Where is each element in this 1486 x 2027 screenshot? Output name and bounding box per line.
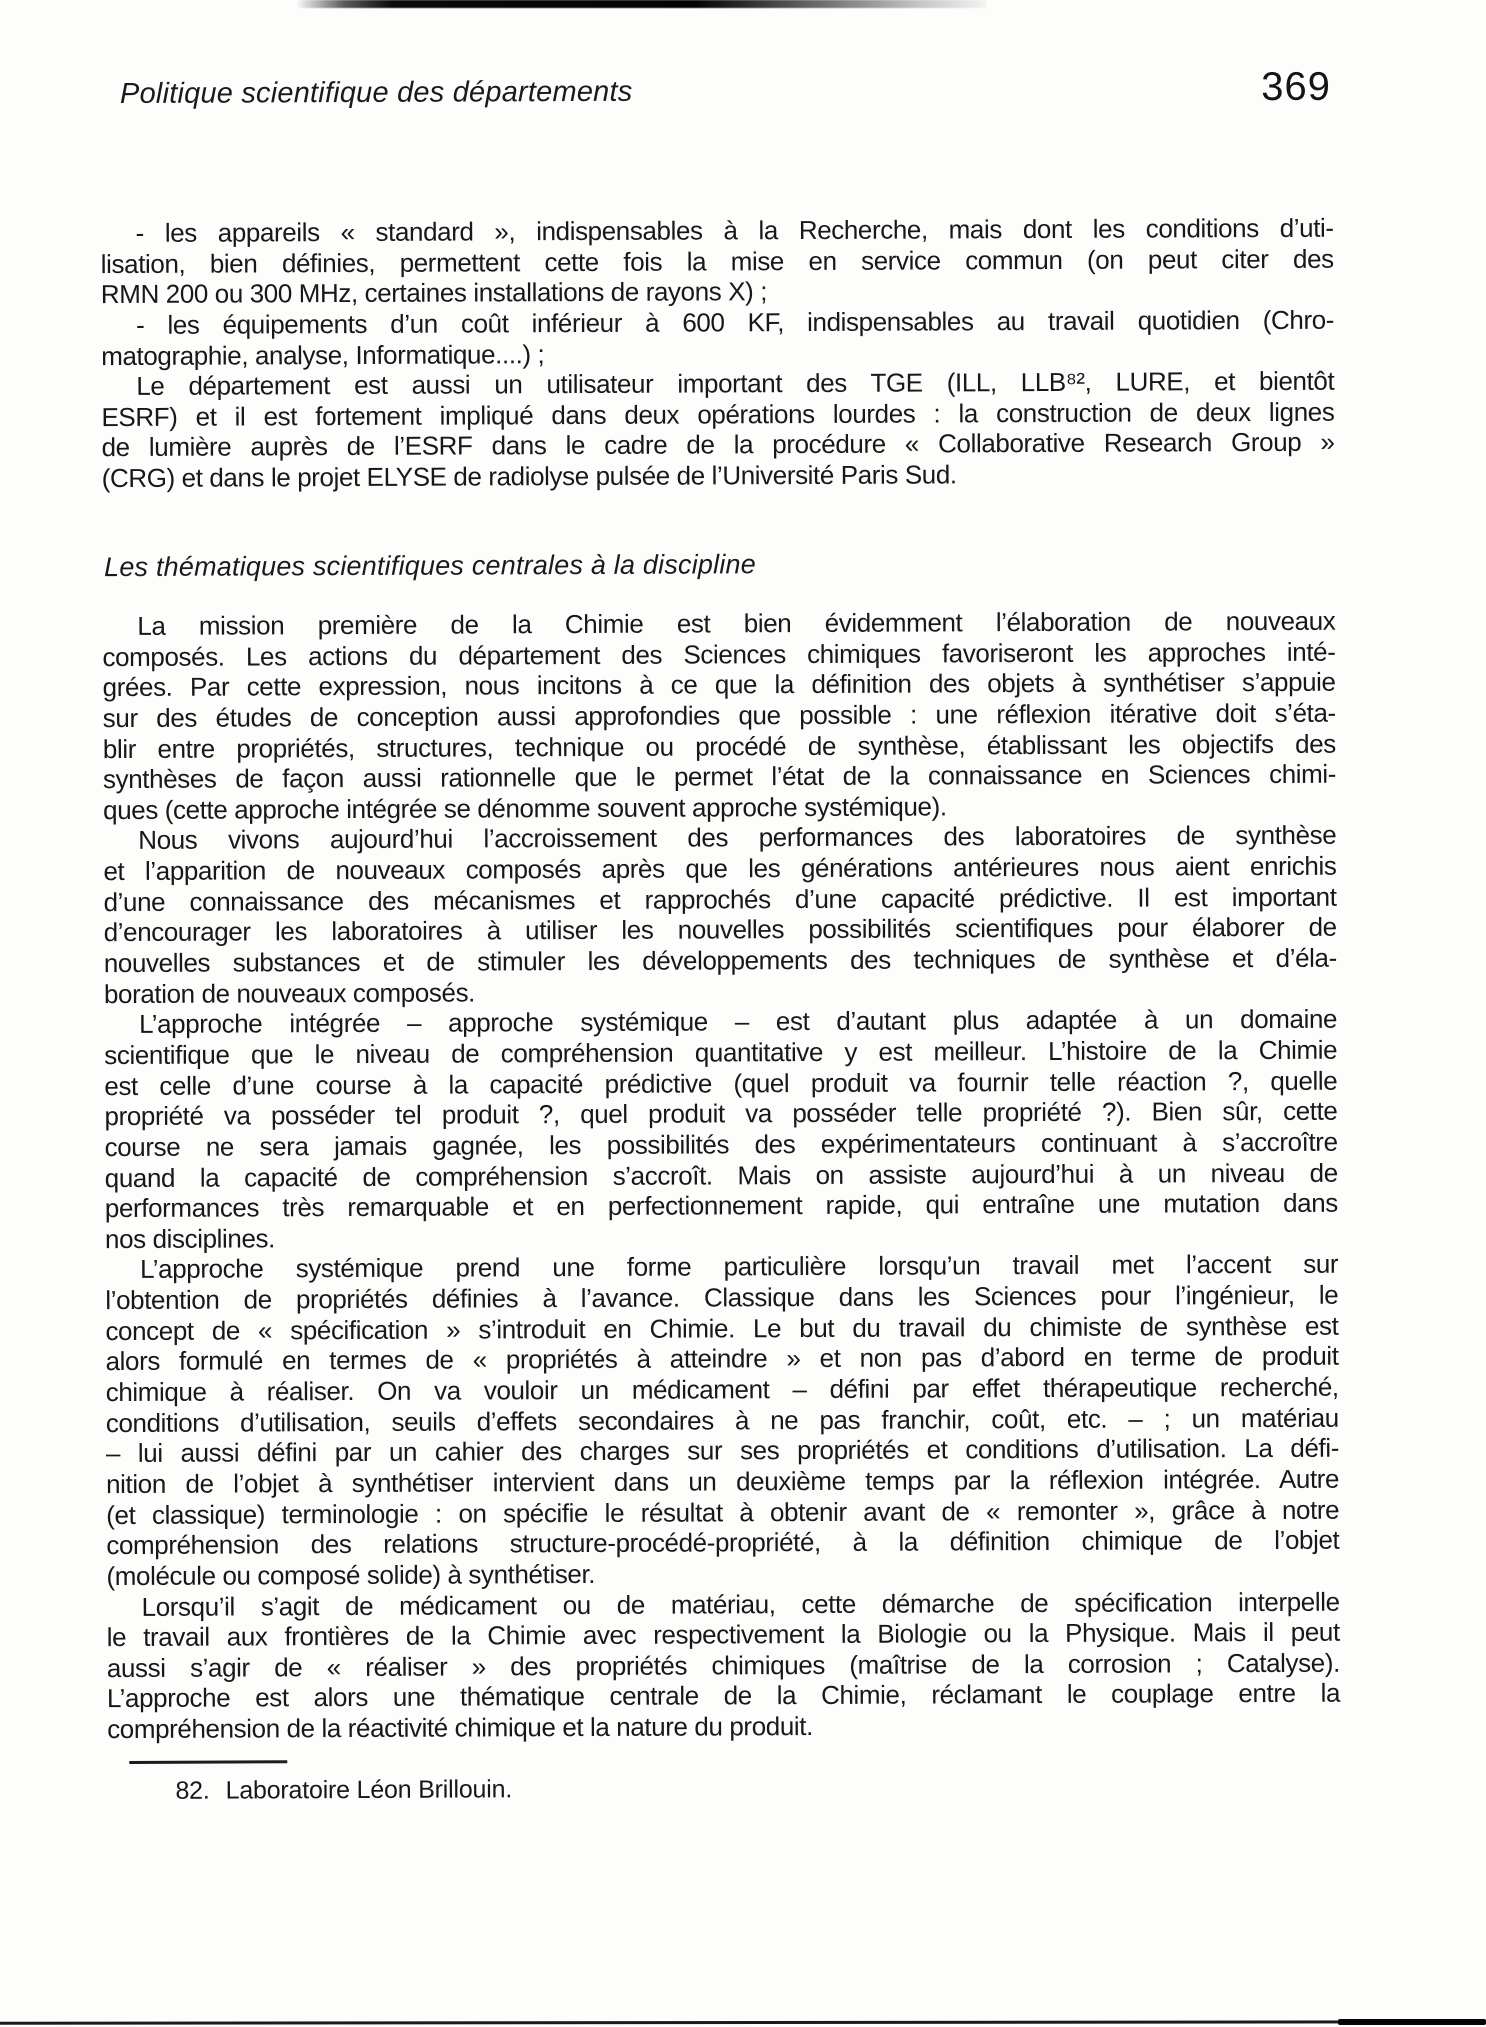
text-line: et l’apparition de nouveaux composés apr…: [103, 851, 1336, 887]
text-line: L’approche est alors une thématique cent…: [107, 1678, 1340, 1714]
text-line: - les appareils « standard », indispensa…: [101, 213, 1334, 249]
footnote-text: Laboratoire Léon Brillouin.: [226, 1775, 513, 1804]
text-line: La mission première de la Chimie est bie…: [102, 606, 1335, 642]
text-line: de lumière auprès de l’ESRF dans le cadr…: [101, 427, 1334, 463]
text-line: course ne sera jamais gagnée, les possib…: [105, 1127, 1338, 1163]
running-header-title: Politique scientifique des départements: [120, 76, 633, 111]
text-line: sur des études de conception aussi appro…: [103, 698, 1336, 734]
text-line: nition de l’objet à synthétiser intervie…: [106, 1464, 1339, 1500]
text-line: compréhension de la réactivité chimique …: [107, 1709, 1340, 1745]
paragraph: - les équipements d’un coût inférieur à …: [101, 305, 1334, 372]
text-line: le travail aux frontières de la Chimie a…: [107, 1617, 1340, 1653]
text-line: l’obtention de propriétés définies à l’a…: [105, 1280, 1338, 1316]
text-line: lisation, bien définies, permettent cett…: [101, 243, 1334, 279]
text-line: performances très remarquable et en perf…: [105, 1188, 1338, 1224]
section-heading: Les thématiques scientifiques centrales …: [104, 549, 756, 583]
paragraph: Lorsqu’il s’agit de médicament ou de mat…: [107, 1586, 1341, 1745]
paragraph: Le département est aussi un utilisateur …: [101, 366, 1335, 494]
body-text-block-thematiques: La mission première de la Chimie est bie…: [102, 606, 1340, 1745]
body-text-block-equipment: - les appareils « standard », indispensa…: [101, 213, 1335, 494]
page-number: 369: [1261, 65, 1331, 110]
paragraph: L’approche intégrée – approche systémiqu…: [104, 1004, 1338, 1255]
text-line: (CRG) et dans le projet ELYSE de radioly…: [102, 458, 1335, 494]
page-content: Politique scientifique des départements …: [100, 0, 1342, 2027]
paragraph: L’approche systémique prend une forme pa…: [105, 1249, 1339, 1591]
footnote-separator-rule: [129, 1760, 287, 1764]
text-line: - les équipements d’un coût inférieur à …: [101, 305, 1334, 341]
text-line: nouvelles substances et de stimuler les …: [104, 943, 1337, 979]
footnote: 82.Laboratoire Léon Brillouin.: [175, 1775, 512, 1805]
paragraph: La mission première de la Chimie est bie…: [102, 606, 1336, 826]
scanned-document-page: Politique scientifique des départements …: [0, 0, 1486, 2027]
text-line: compréhension des relations structure-pr…: [106, 1525, 1339, 1561]
scan-artifact-bottom-right-blob: [1338, 2019, 1486, 2025]
text-line: chimique à réaliser. On va vouloir un mé…: [106, 1372, 1339, 1408]
text-line: scientifique que le niveau de compréhens…: [104, 1035, 1337, 1071]
footnote-number: 82.: [175, 1777, 209, 1805]
paragraph: - les appareils « standard », indispensa…: [101, 213, 1334, 310]
paragraph: Nous vivons aujourd’hui l’accroissement …: [103, 820, 1337, 1009]
text-line: synthèses de façon aussi rationnelle que…: [103, 759, 1336, 795]
